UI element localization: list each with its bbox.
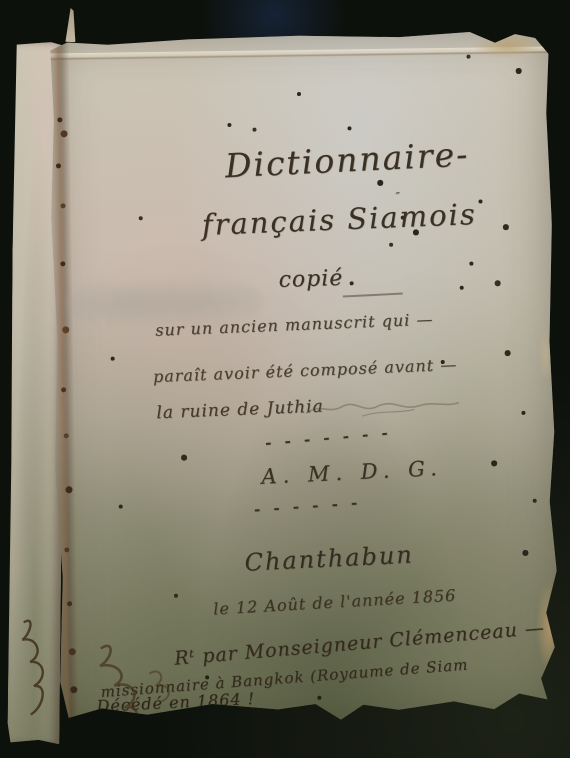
foxing-spots <box>47 37 49 39</box>
separator-dashes-bottom: - - - - - - <box>253 493 361 518</box>
pencil-scribble <box>302 393 462 421</box>
ink-bleed-scribble-bottom-left <box>86 633 198 745</box>
torn-corner-top-right <box>472 32 542 59</box>
date-line: le 12 Août de l'année 1856 <box>213 586 457 619</box>
copy-label: copié <box>278 266 343 293</box>
note-line-1: Rᵗ par Monseigneur Clémenceau — <box>173 617 545 670</box>
underline-rule <box>343 293 403 298</box>
body-line-3: la ruine de Juthia <box>156 397 324 424</box>
paper-sliver <box>65 8 76 42</box>
torn-edge-right-small <box>538 330 553 380</box>
manuscript-page: Dictionnaire- ″ français Siamois copié s… <box>47 30 560 731</box>
ink-bleed-scribble-left <box>13 614 58 734</box>
title-line-2: français Siamois <box>201 197 477 242</box>
separator-dashes-top: - - - - - - - <box>264 423 392 452</box>
stitch-holes <box>57 36 60 39</box>
monogram-amdg: A. M. D. G. <box>261 456 443 489</box>
place-name: Chanthabun <box>244 541 414 577</box>
title-line-1: Dictionnaire- <box>224 134 470 185</box>
body-line-2: paraît avoir été composé avant — <box>153 355 458 386</box>
manuscript-photo: Dictionnaire- ″ français Siamois copié s… <box>0 0 570 758</box>
